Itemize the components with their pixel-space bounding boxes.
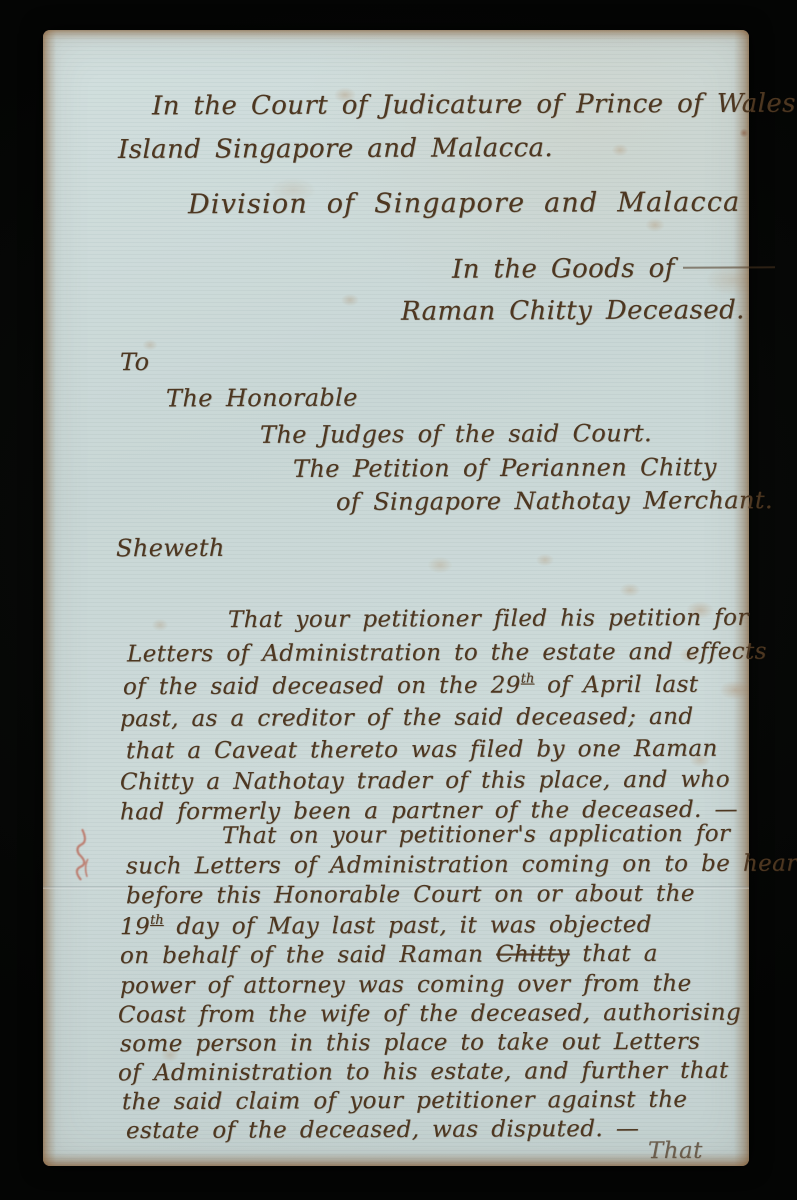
petition-line: before this Honorable Court on or about … bbox=[126, 881, 695, 909]
petition-line: on behalf of the said Raman Chitty that … bbox=[120, 941, 658, 969]
superscript-ordinal: th bbox=[150, 913, 164, 928]
line-text: of the said deceased on the 29 bbox=[123, 673, 521, 701]
sheweth-label: Sheweth bbox=[116, 534, 225, 562]
salutation-honorable: The Honorable bbox=[166, 384, 358, 413]
court-heading-line-1: In the Court of Judicature of Prince of … bbox=[152, 89, 796, 122]
petition-line: 19th day of May last past, it was object… bbox=[120, 911, 652, 940]
scan-background: In the Court of Judicature of Prince of … bbox=[0, 0, 797, 1200]
superscript-ordinal: th bbox=[521, 671, 535, 686]
petition-line: Letters of Administration to the estate … bbox=[127, 639, 767, 668]
salutation-petition-of: The Petition of Periannen Chitty bbox=[293, 453, 717, 483]
petition-line: some person in this place to take out Le… bbox=[120, 1029, 700, 1058]
petition-line: past, as a creditor of the said deceased… bbox=[120, 704, 694, 733]
petition-line: of the said deceased on the 29th of Apri… bbox=[123, 671, 699, 701]
petition-line: estate of the deceased, was disputed. — bbox=[126, 1116, 639, 1144]
court-heading-line-2: Island Singapore and Malacca. bbox=[118, 133, 553, 165]
line-text: of April last bbox=[534, 672, 698, 699]
salutation-petitioner-desc: of Singapore Nathotay Merchant. bbox=[336, 486, 773, 516]
cause-title-line-2: Raman Chitty Deceased. bbox=[401, 295, 745, 326]
petition-line: That on your petitioner's application fo… bbox=[222, 821, 730, 849]
petition-line: of Administration to his estate, and fur… bbox=[118, 1058, 729, 1087]
red-ink-margin-mark bbox=[63, 825, 106, 885]
salutation-to: To bbox=[120, 348, 150, 376]
line-text: on behalf of the said Raman bbox=[120, 942, 496, 970]
struck-through-word: Chitty bbox=[496, 941, 570, 967]
salutation-judges: The Judges of the said Court. bbox=[260, 419, 652, 449]
petition-line: power of attorney was coming over from t… bbox=[120, 971, 692, 999]
petition-line: such Letters of Administration coming on… bbox=[126, 851, 797, 880]
petition-line: Chitty a Nathotay trader of this place, … bbox=[120, 767, 730, 796]
catchword: That bbox=[648, 1138, 703, 1164]
line-text: 19 bbox=[120, 914, 150, 940]
division-line: Division of Singapore and Malacca bbox=[188, 187, 741, 220]
document-page: In the Court of Judicature of Prince of … bbox=[43, 30, 749, 1166]
line-text: day of May last past, it was objected bbox=[164, 912, 652, 940]
cause-title-line-1: In the Goods of bbox=[452, 253, 775, 284]
line-text: that a bbox=[570, 941, 658, 967]
petition-line: the said claim of your petitioner agains… bbox=[122, 1087, 687, 1115]
petition-line: Coast from the wife of the deceased, aut… bbox=[118, 1000, 741, 1029]
petition-line: that a Caveat thereto was filed by one R… bbox=[126, 736, 718, 765]
petition-line: That your petitioner filed his petition … bbox=[228, 605, 749, 633]
